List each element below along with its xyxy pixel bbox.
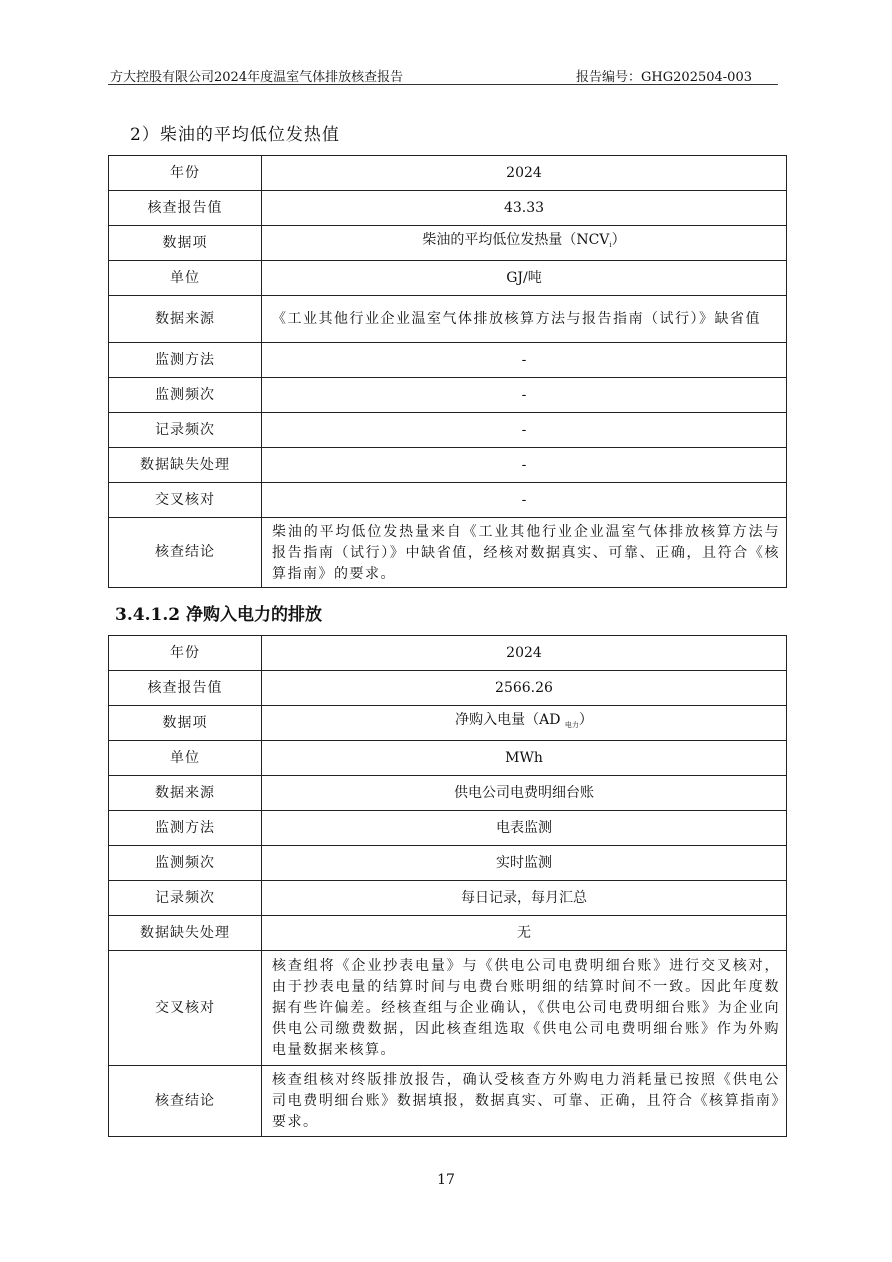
row-value: 《工业其他行业企业温室气体排放核算方法与报告指南（试行）》缺省值	[262, 296, 787, 343]
row-value: 实时监测	[262, 846, 787, 881]
table-row: 数据来源《工业其他行业企业温室气体排放核算方法与报告指南（试行）》缺省值	[109, 296, 787, 343]
row-label: 单位	[109, 261, 262, 296]
diesel-ncv-table: 年份2024核查报告值43.33数据项柴油的平均低位发热量（NCVi）单位GJ/…	[108, 155, 787, 588]
diesel-ncv-heading: 2）柴油的平均低位发热值	[130, 120, 340, 145]
row-value: 供电公司电费明细台账	[262, 776, 787, 811]
table-row: 监测频次-	[109, 378, 787, 413]
row-label: 数据缺失处理	[109, 916, 262, 951]
row-label: 年份	[109, 156, 262, 191]
table-row: 监测方法-	[109, 343, 787, 378]
row-value: -	[262, 343, 787, 378]
row-value: 柴油的平均低位发热量来自《工业其他行业企业温室气体排放核算方法与报告指南（试行）…	[262, 518, 787, 588]
table-row: 监测频次实时监测	[109, 846, 787, 881]
row-label: 数据来源	[109, 776, 262, 811]
table-row: 记录频次每日记录，每月汇总	[109, 881, 787, 916]
row-label: 年份	[109, 636, 262, 671]
electricity-section-heading: 3.4.1.2 净购入电力的排放	[115, 600, 322, 625]
row-label: 监测方法	[109, 343, 262, 378]
row-label: 记录频次	[109, 881, 262, 916]
table-row: 单位MWh	[109, 741, 787, 776]
row-value: 无	[262, 916, 787, 951]
row-label: 记录频次	[109, 413, 262, 448]
row-value: 核查组核对终版排放报告，确认受核查方外购电力消耗量已按照《供电公司电费明细台账》…	[262, 1066, 787, 1137]
value-suffix: ）	[579, 712, 593, 728]
row-label: 单位	[109, 741, 262, 776]
value-suffix: ）	[612, 232, 626, 248]
row-value: 2024	[262, 156, 787, 191]
row-label: 数据缺失处理	[109, 448, 262, 483]
table-row: 年份2024	[109, 156, 787, 191]
row-value: 43.33	[262, 191, 787, 226]
page-header: 方大控股有限公司2024年度温室气体排放核查报告 报告编号：GHG202504-…	[108, 66, 778, 85]
table-row: 数据项柴油的平均低位发热量（NCVi）	[109, 226, 787, 261]
row-value: 2566.26	[262, 671, 787, 706]
row-label: 核查报告值	[109, 671, 262, 706]
table-row: 核查结论柴油的平均低位发热量来自《工业其他行业企业温室气体排放核算方法与报告指南…	[109, 518, 787, 588]
row-value: -	[262, 448, 787, 483]
table-row: 年份2024	[109, 636, 787, 671]
table-row: 数据来源供电公司电费明细台账	[109, 776, 787, 811]
row-label: 数据项	[109, 226, 262, 261]
table-row: 核查结论核查组核对终版排放报告，确认受核查方外购电力消耗量已按照《供电公司电费明…	[109, 1066, 787, 1137]
table-row: 交叉核对核查组将《企业抄表电量》与《供电公司电费明细台账》进行交叉核对，由于抄表…	[109, 951, 787, 1066]
row-label: 监测频次	[109, 846, 262, 881]
row-label: 交叉核对	[109, 951, 262, 1066]
electricity-table: 年份2024核查报告值2566.26数据项净购入电量（AD 电力）单位MWh数据…	[108, 635, 787, 1137]
value-text: 柴油的平均低位发热量（NCV	[422, 232, 609, 248]
row-value: 每日记录，每月汇总	[262, 881, 787, 916]
row-value: 2024	[262, 636, 787, 671]
table-row: 监测方法电表监测	[109, 811, 787, 846]
row-label: 数据来源	[109, 296, 262, 343]
diesel-ncv-table-body: 年份2024核查报告值43.33数据项柴油的平均低位发热量（NCVi）单位GJ/…	[109, 156, 787, 588]
row-value: MWh	[262, 741, 787, 776]
table-row: 核查报告值43.33	[109, 191, 787, 226]
table-row: 核查报告值2566.26	[109, 671, 787, 706]
table-row: 数据缺失处理-	[109, 448, 787, 483]
row-value: GJ/吨	[262, 261, 787, 296]
table-row: 数据缺失处理无	[109, 916, 787, 951]
row-value: -	[262, 413, 787, 448]
table-row: 交叉核对-	[109, 483, 787, 518]
report-number: 报告编号：GHG202504-003	[576, 66, 752, 85]
row-value: 柴油的平均低位发热量（NCVi）	[262, 226, 787, 261]
row-label: 监测方法	[109, 811, 262, 846]
value-text: 净购入电量（AD	[455, 712, 565, 728]
row-value: 电表监测	[262, 811, 787, 846]
report-title: 方大控股有限公司2024年度温室气体排放核查报告	[110, 66, 403, 85]
row-label: 核查结论	[109, 1066, 262, 1137]
row-value: -	[262, 378, 787, 413]
row-value: 核查组将《企业抄表电量》与《供电公司电费明细台账》进行交叉核对，由于抄表电量的结…	[262, 951, 787, 1066]
electricity-table-body: 年份2024核查报告值2566.26数据项净购入电量（AD 电力）单位MWh数据…	[109, 636, 787, 1137]
page-number: 17	[0, 1172, 892, 1188]
table-row: 数据项净购入电量（AD 电力）	[109, 706, 787, 741]
row-label: 数据项	[109, 706, 262, 741]
table-row: 单位GJ/吨	[109, 261, 787, 296]
table-row: 记录频次-	[109, 413, 787, 448]
row-value: 净购入电量（AD 电力）	[262, 706, 787, 741]
row-label: 监测频次	[109, 378, 262, 413]
row-label: 交叉核对	[109, 483, 262, 518]
value-subscript: 电力	[565, 721, 579, 729]
row-value: -	[262, 483, 787, 518]
row-label: 核查结论	[109, 518, 262, 588]
row-label: 核查报告值	[109, 191, 262, 226]
